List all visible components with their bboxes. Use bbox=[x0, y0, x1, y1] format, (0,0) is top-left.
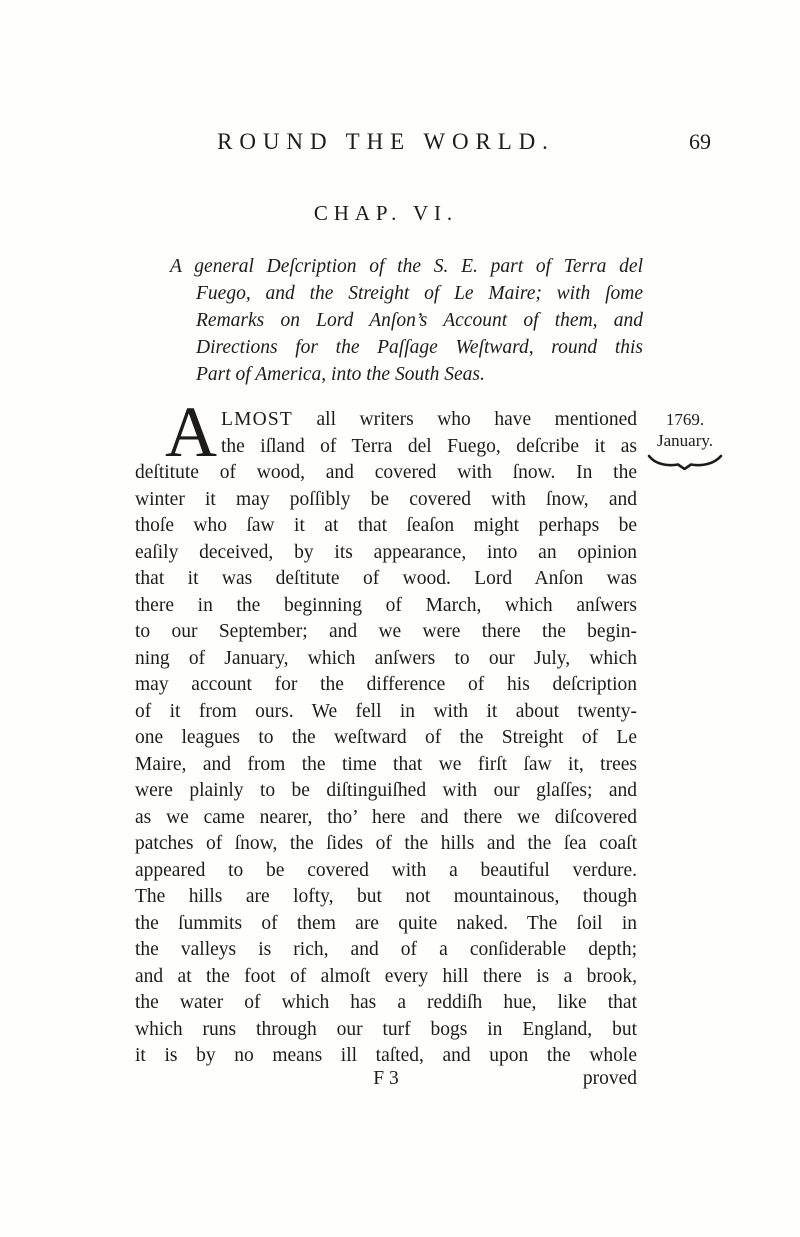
margin-note-month: January. bbox=[643, 430, 727, 451]
body-line: may account for the difference of his de… bbox=[135, 672, 637, 699]
body-line: the valleys is rich, and of a conſiderab… bbox=[135, 937, 637, 964]
page-footer: F 3 proved bbox=[135, 1066, 637, 1094]
page-number: 69 bbox=[678, 129, 722, 155]
margin-note-year: 1769. bbox=[643, 409, 727, 430]
body-line: thoſe who ſaw it at that ſeaſon might pe… bbox=[135, 513, 637, 540]
summary-line: Directions for the Paſſage Weſtward, rou… bbox=[170, 334, 643, 361]
body-line: which runs through our turf bogs in Engl… bbox=[135, 1017, 637, 1044]
body-line: as we came nearer, tho’ here and there w… bbox=[135, 805, 637, 832]
body-line: deſtitute of wood, and covered with ſnow… bbox=[135, 460, 637, 487]
summary-line: Fuego, and the Streight of Le Maire; wit… bbox=[170, 280, 643, 307]
catchword: proved bbox=[583, 1066, 637, 1093]
body-line: to our September; and we were there the … bbox=[135, 619, 637, 646]
margin-note: 1769. January. bbox=[643, 409, 727, 470]
drop-cap: A bbox=[165, 404, 221, 460]
drop-cap-box: A bbox=[135, 407, 221, 460]
chapter-heading: CHAP. VI. bbox=[135, 201, 637, 226]
body-line: ning of January, which anſwers to our Ju… bbox=[135, 646, 637, 673]
body-line: the ſummits of them are quite naked. The… bbox=[135, 911, 637, 938]
summary-line: A general Deſcription of the S. E. part … bbox=[170, 253, 643, 280]
lead-word-caps: LMOST bbox=[221, 409, 293, 430]
body-line: that it was deſtitute of wood. Lord Anſo… bbox=[135, 566, 637, 593]
body-line: there in the beginning of March, which a… bbox=[135, 593, 637, 620]
body-line: the water of which has a reddiſh hue, li… bbox=[135, 990, 637, 1017]
body-line: appeared to be covered with a beautiful … bbox=[135, 858, 637, 885]
body-line: The hills are lofty, but not mountainous… bbox=[135, 884, 637, 911]
body-line: winter it may poſſibly be covered with ſ… bbox=[135, 487, 637, 514]
summary-line: Part of America, into the South Seas. bbox=[170, 361, 643, 388]
body-line: Maire, and from the time that we firſt ſ… bbox=[135, 752, 637, 779]
book-page: ROUND THE WORLD. 69 CHAP. VI. A general … bbox=[0, 0, 800, 1237]
running-head: ROUND THE WORLD. bbox=[135, 129, 637, 155]
body-line: patches of ſnow, the ſides of the hills … bbox=[135, 831, 637, 858]
body-line: one leagues to the weſtward of the Strei… bbox=[135, 725, 637, 752]
body-text: A LMOST all writers who have mentionedth… bbox=[135, 407, 637, 1070]
signature-mark: F 3 bbox=[135, 1066, 637, 1093]
summary-line: Remarks on Lord Anſon’s Account of them,… bbox=[170, 307, 643, 334]
chapter-summary: A general Deſcription of the S. E. part … bbox=[170, 253, 643, 388]
body-line: eaſily deceived, by its appearance, into… bbox=[135, 540, 637, 567]
body-line: and at the foot of almoſt every hill the… bbox=[135, 964, 637, 991]
underbrace-icon bbox=[645, 453, 725, 470]
body-line: were plainly to be diſtinguiſhed with ou… bbox=[135, 778, 637, 805]
body-line: of it from ours. We fell in with it abou… bbox=[135, 699, 637, 726]
